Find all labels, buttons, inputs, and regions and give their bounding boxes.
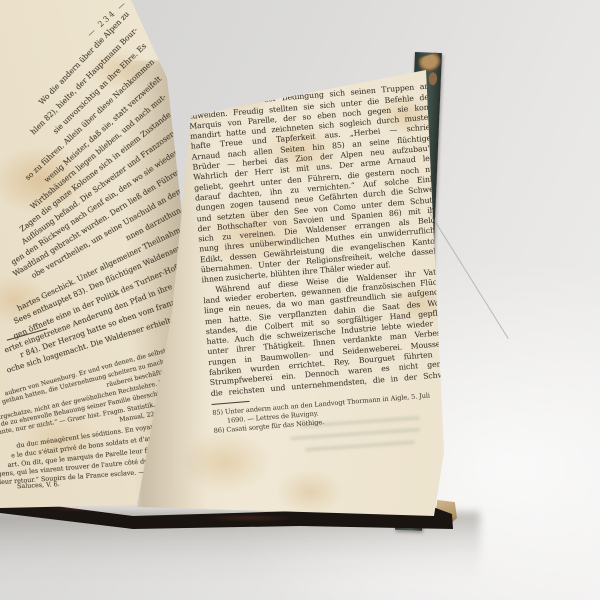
right-page-footnotes: 85) Unter anderm auch an den Landvogt Th…	[212, 389, 458, 435]
scratch-on-table	[428, 211, 508, 339]
ink-bleed-through	[290, 427, 420, 440]
right-page-paragraph-2: Während auf diese Weise die Waldenser ih…	[202, 266, 455, 399]
right-page-paragraph-1: Verzeihung unter der Bedingung sich sein…	[187, 82, 446, 286]
photo-of-open-book: { "colors": { "page_cream": "#ece3cf", "…	[0, 0, 600, 600]
right-page-text: — 235 — Verzeihung unter der Bedingung s…	[186, 66, 458, 435]
footnote-separator	[212, 401, 250, 405]
ink-bleed-through	[305, 440, 415, 452]
text-line: Saluces, V. 6.	[17, 479, 60, 491]
